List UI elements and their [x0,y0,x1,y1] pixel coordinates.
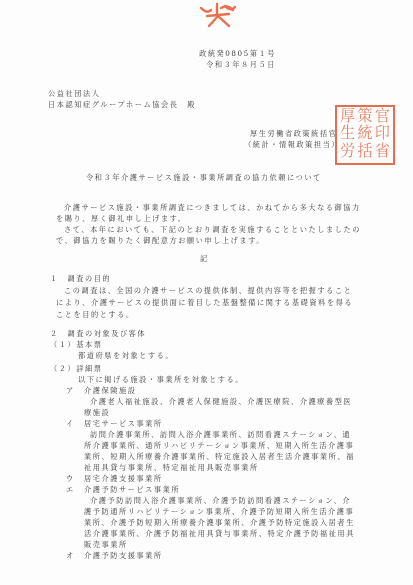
document-title: 令和３年介護サービス施設・事業所調査の協力依頼について [86,174,322,181]
seal-char: 括 [356,143,373,161]
section1-line1: この調査は、全国の介護サービスの提供体制、提供内容等を把握すること [64,287,352,294]
received-stamp-icon [197,2,239,28]
item-e-line3: 業所、介護予防短期入所療養介護事業所、介護予防特定施設入居者生 [84,519,355,526]
item-o-title: 介護予防支援事業所 [84,552,163,559]
recipient-line1: 公益社団法人 [48,90,100,97]
item-e-line1: 介護予防訪問入浴介護事業所、介護予防訪問看護ステーション、介 [90,497,351,504]
body-p2-line1: さて、本年においても、下記のとおり調査を実施することといたしましたの [64,226,361,233]
item-e-label: エ [66,486,75,493]
item-a-line2: 療施設 [84,409,110,416]
item-i-label: イ [66,420,75,427]
section1-heading: １ 調査の目的 [50,275,111,282]
item-e-title: 介護予防サービス事業所 [84,486,180,493]
item-a-label: ア [66,387,75,394]
section2-1-heading: （１）基本票 [50,341,102,348]
section2-1-text: 都道府県を対象とする。 [78,352,174,359]
sender-line2: （統計・情報政策担当） [244,141,340,148]
item-i-title: 居宅サービス事業所 [84,420,163,427]
section2-2-intro: 以下に掲げる施設・事業所を対象とする。 [78,376,244,383]
item-i-line3: 業所、短期入所療養介護事業所、特定施設入居者生活介護事業所、福 [84,453,355,460]
body-p1-line1: 介護サービス施設・事業所調査につきましては、かねてから多大なる御協力 [64,204,361,211]
item-u-title: 居宅介護支援事業所 [84,475,163,482]
document-date: 令和３年８月５日 [206,61,276,68]
item-i-line4: 祉用具貸与事業所、特定福祉用具販売事業所 [84,464,259,471]
official-seal-icon: 厚 策 官 生 統 印 労 括 省 [335,105,395,165]
item-a-title: 介護保険施設 [84,387,136,394]
item-i-line1: 訪問介護事業所、訪問入浴介護事業所、訪問看護ステーション、通 [90,431,351,438]
item-e-line4: 活介護事業所、介護予防福祉用具貸与事業所、特定介護予防福祉用具 [84,530,355,537]
body-p2-line2: で、御協力を賜りたく御配意方お願い申し上げます。 [56,237,265,244]
section1-line2: により、介護サービスの提供面に着目した基盤整備に関する基礎資料を得る [56,299,353,306]
section1-line3: ことを目的とする。 [56,311,135,318]
ki-heading: 記 [200,255,209,262]
section2-heading: ２ 調査の対象及び客体 [50,330,146,337]
item-e-line5: 販売事業所 [84,541,128,548]
sender-line1: 厚生労働省政策統括官 [250,130,337,137]
document-page: 政統発0805第１号 令和３年８月５日 公益社団法人 日本認知症グループホーム協… [0,0,413,585]
document-number: 政統発0805第１号 [199,50,276,57]
recipient-line2: 日本認知症グループホーム協会長 殿 [48,101,196,108]
item-u-label: ウ [66,475,75,482]
seal-char: 労 [339,143,356,161]
item-a-line1: 介護老人福祉施設、介護老人保健施設、介護医療院、介護療養型医 [90,398,352,405]
item-o-label: オ [66,552,75,559]
section2-2-heading: （２）詳細票 [50,365,102,372]
seal-char: 省 [374,143,391,161]
item-e-line2: 護予防通所リハビリテーション事業所、介護予防短期入所生活介護事 [84,508,354,515]
item-i-line2: 所介護事業所、通所リハビリテーション事業所、短期入所生活介護事 [84,442,354,449]
body-p1-line2: を賜り、厚く御礼申し上げます。 [56,215,187,222]
